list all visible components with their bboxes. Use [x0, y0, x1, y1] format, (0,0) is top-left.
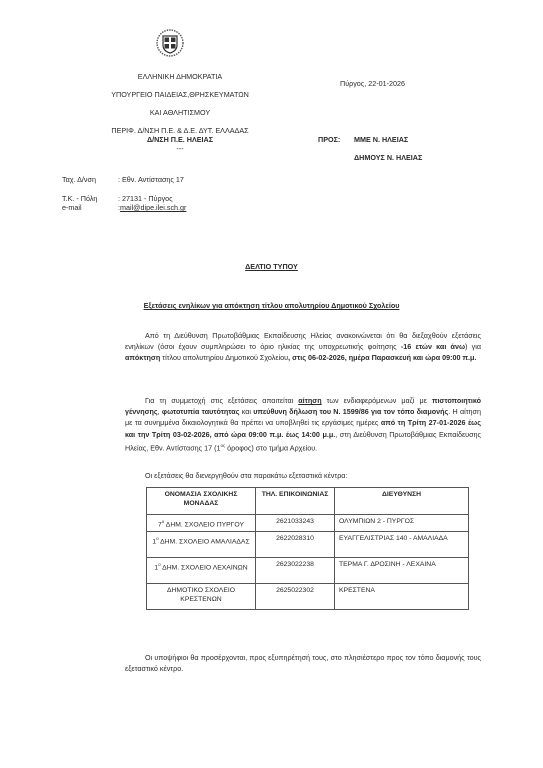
text: και: [239, 407, 253, 416]
school-name: ΔΗΜΟΤΙΚΟ ΣΧΟΛΕΙΟ ΚΡΕΣΤΕΝΩΝ: [167, 587, 235, 603]
header-line: ---: [40, 144, 320, 153]
phone-cell: 2622028310: [256, 532, 335, 558]
school-name-cell: 1ο ΔΗΜ. ΣΧΟΛΕΙΟ ΛΕΧΑΙΝΩΝ: [147, 558, 256, 584]
paragraph-closing: Οι υποψήφιοι θα προσέρχονται, προς εξυπη…: [125, 652, 481, 674]
email-link[interactable]: mail@dipe.ilei.sch.gr: [120, 203, 186, 212]
school-name-cell: 7ο ΔΗΜ. ΣΧΟΛΕΙΟ ΠΥΡΓΟΥ: [147, 515, 256, 532]
school-name: ΔΗΜ. ΣΧΟΛΕΙΟ ΛΕΧΑΙΝΩΝ: [161, 565, 248, 572]
text: Για τη συμμετοχή στις εξετάσεις απαιτείτ…: [145, 396, 298, 405]
phone-cell: 2623022238: [256, 558, 335, 584]
header-line: Δ/ΝΣΗ Π.Ε. ΗΛΕΙΑΣ: [40, 135, 320, 144]
text: ) για: [465, 342, 481, 351]
address-cell: ΚΡΕΣΤΕΝΑ: [335, 584, 469, 610]
paragraph-requirements: Για τη συμμετοχή στις εξετάσεις απαιτείτ…: [125, 395, 481, 453]
header-line: ΠΕΡΙΦ. Δ/ΝΣΗ Π.Ε. & Δ.Ε. ΔΥΤ. ΕΛΛΑΔΑΣ: [40, 126, 320, 135]
bold-text: απόκτηση: [125, 353, 160, 362]
recipients: ΠΡΟΣ:ΜΜΕ Ν. ΗΛΕΙΑΣ ΔΗΜΟΥΣ Ν. ΗΛΕΙΑΣ: [318, 135, 422, 162]
header-line: ΚΑΙ ΑΘΛΗΤΙΣΜΟΥ: [40, 108, 320, 117]
school-name-cell: 1ο ΔΗΜ. ΣΧΟΛΕΙΟ ΑΜΑΛΙΑΔΑΣ: [147, 532, 256, 558]
address-value: : Εθν. Αντίστασης 17: [118, 175, 184, 184]
column-header: ΤΗΛ. ΕΠΙΚΟΙΝΩΝΙΑΣ: [256, 488, 335, 515]
place-date: Πύργος, 22-01-2026: [340, 79, 405, 88]
exam-centers-table: ΟΝΟΜΑΣΙΑ ΣΧΟΛΙΚΗΣ ΜΟΝΑΔΑΣ ΤΗΛ. ΕΠΙΚΟΙΝΩΝ…: [146, 487, 469, 610]
address-cell: ΕΥΑΓΓΕΛΙΣΤΡΙΑΣ 140 - ΑΜΑΛΙΑΔΑ: [335, 532, 469, 558]
email-label: e-mail: [62, 203, 118, 212]
table-row: 1ο ΔΗΜ. ΣΧΟΛΕΙΟ ΛΕΧΑΙΝΩΝ 2623022238 ΤΕΡΜ…: [147, 558, 469, 584]
recipient: ΔΗΜΟΥΣ Ν. ΗΛΕΙΑΣ: [318, 153, 422, 162]
bold-text: -16 ετών και άνω: [401, 342, 465, 351]
paragraph-announcement: Από τη Διεύθυνση Πρωτοβάθμιας Εκπαίδευση…: [125, 330, 481, 364]
recipients-label: ΠΡΟΣ:: [318, 135, 354, 144]
recipient: ΜΜΕ Ν. ΗΛΕΙΑΣ: [354, 135, 408, 144]
school-name-cell: ΔΗΜΟΤΙΚΟ ΣΧΟΛΕΙΟ ΚΡΕΣΤΕΝΩΝ: [147, 584, 256, 610]
text: όροφος) στο τμήμα Αρχείου.: [225, 443, 317, 452]
text: Οι υποψήφιοι θα προσέρχονται, προς εξυπη…: [125, 653, 481, 673]
column-header: ΔΙΕΥΘΥΝΣΗ: [335, 488, 469, 515]
subject-heading: Εξετάσεις ενηλίκων για απόκτηση τίτλου α…: [0, 301, 543, 310]
bold-text: φωτοτυπία ταυτότητας: [162, 407, 240, 416]
bold-text: υπεύθυνη δήλωση του Ν. 1599/86 για τον τ…: [253, 407, 448, 416]
school-name: ΔΗΜ. ΣΧΟΛΕΙΟ ΠΥΡΓΟΥ: [164, 521, 244, 528]
postal-label: Τ.Κ. - Πόλη: [62, 194, 118, 203]
address-cell: ΤΕΡΜΑ Γ. ΔΡΟΣΙΝΗ - ΛΕΧΑΙΝΑ: [335, 558, 469, 584]
address-cell: ΟΛΥΜΠΙΩΝ 2 - ΠΥΡΓΟΣ: [335, 515, 469, 532]
text: των ενδιαφερόμενων μαζί με: [322, 396, 432, 405]
greek-coat-of-arms-icon: [155, 28, 185, 58]
bold-text: αίτηση: [298, 396, 321, 405]
column-header: ΟΝΟΜΑΣΙΑ ΣΧΟΛΙΚΗΣ ΜΟΝΑΔΑΣ: [147, 488, 256, 515]
table-row: 7ο ΔΗΜ. ΣΧΟΛΕΙΟ ΠΥΡΓΟΥ 2621033243 ΟΛΥΜΠΙ…: [147, 515, 469, 532]
table-row: 1ο ΔΗΜ. ΣΧΟΛΕΙΟ ΑΜΑΛΙΑΔΑΣ 2622028310 ΕΥΑ…: [147, 532, 469, 558]
school-name: ΔΗΜ. ΣΧΟΛΕΙΟ ΑΜΑΛΙΑΔΑΣ: [159, 539, 250, 546]
table-header-row: ΟΝΟΜΑΣΙΑ ΣΧΟΛΙΚΗΣ ΜΟΝΑΔΑΣ ΤΗΛ. ΕΠΙΚΟΙΝΩΝ…: [147, 488, 469, 515]
phone-cell: 2625022302: [256, 584, 335, 610]
press-release-title: ΔΕΛΤΙΟ ΤΥΠΟΥ: [0, 262, 543, 271]
paragraph-centers-intro: Οι εξετάσεις θα διενεργηθούν στα παρακάτ…: [145, 470, 481, 481]
header-line: ΥΠΟΥΡΓΕΙΟ ΠΑΙΔΕΙΑΣ,ΘΡΗΣΚΕΥΜΑΤΩΝ: [40, 90, 320, 99]
bold-text: , στις 06-02-2026, ημέρα Παρασκευή και ώ…: [288, 353, 476, 362]
issuer-header: ΕΛΛΗΝΙΚΗ ΔΗΜΟΚΡΑΤΙΑ ΥΠΟΥΡΓΕΙΟ ΠΑΙΔΕΙΑΣ,Θ…: [40, 72, 320, 153]
postal-value: : 27131 - Πύργος: [118, 194, 173, 203]
phone-cell: 2621033243: [256, 515, 335, 532]
contact-block: Ταχ. Δ/νση: Εθν. Αντίστασης 17 Τ.Κ. - Πό…: [62, 175, 186, 212]
text: τίτλου απολυτηρίου Δημοτικού Σχολείου: [160, 353, 288, 362]
address-label: Ταχ. Δ/νση: [62, 175, 118, 184]
header-line: ΕΛΛΗΝΙΚΗ ΔΗΜΟΚΡΑΤΙΑ: [40, 72, 320, 81]
table-row: ΔΗΜΟΤΙΚΟ ΣΧΟΛΕΙΟ ΚΡΕΣΤΕΝΩΝ 2625022302 ΚΡ…: [147, 584, 469, 610]
